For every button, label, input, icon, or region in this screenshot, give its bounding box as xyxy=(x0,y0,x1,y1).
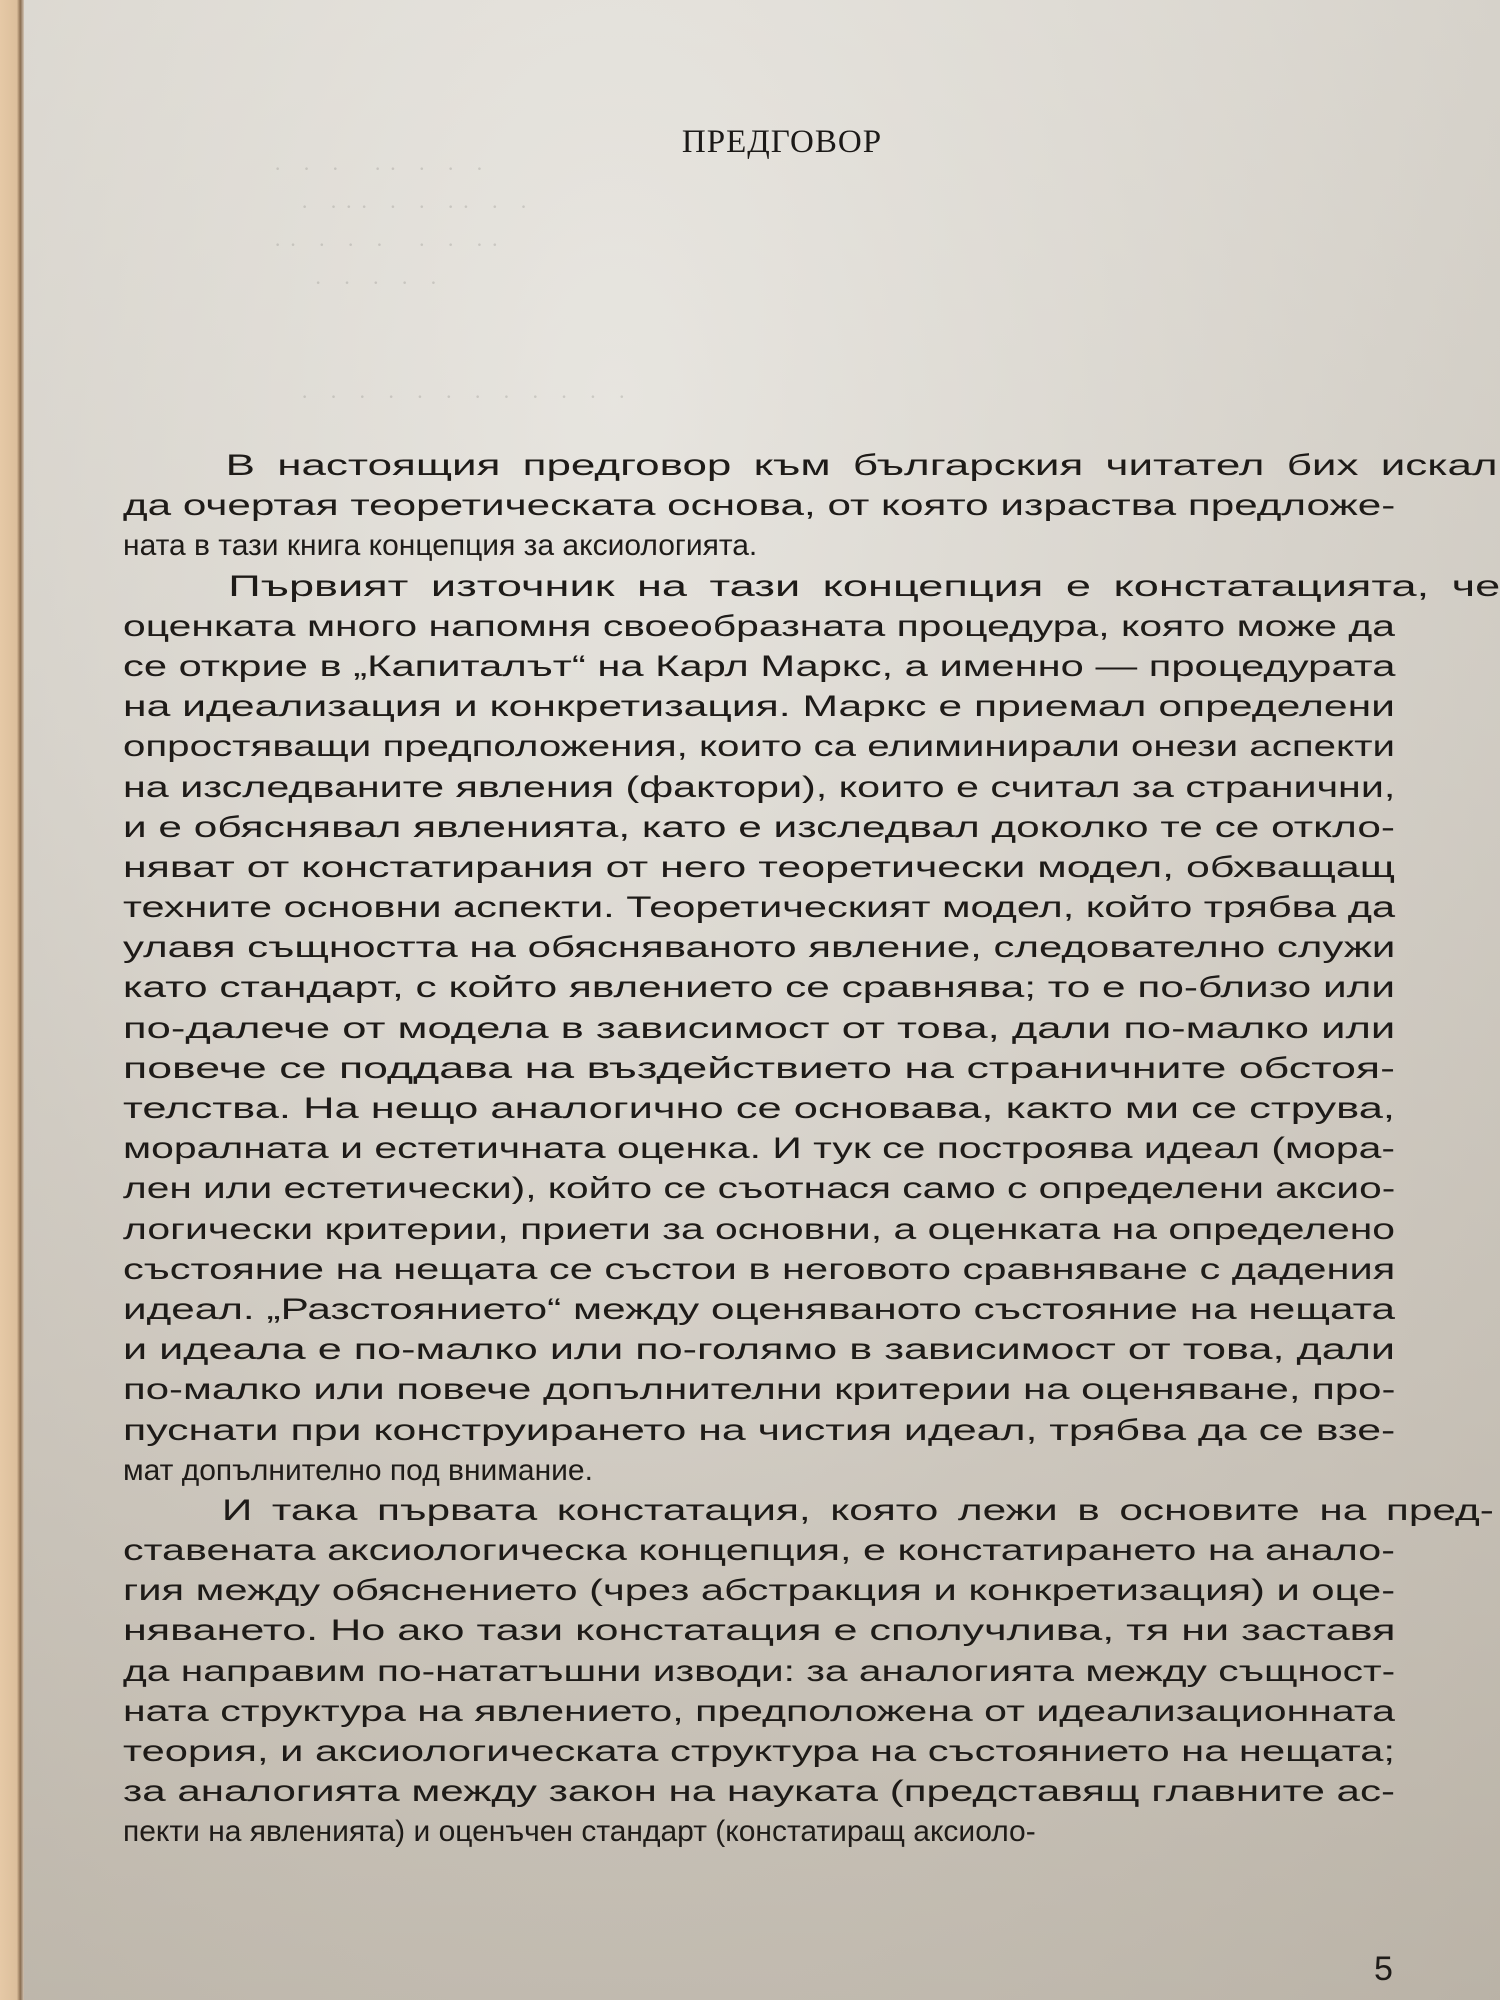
text-line: повече се поддава на въздействието на ст… xyxy=(123,1049,1395,1089)
text-line: логически критерии, приети за основни, а… xyxy=(123,1210,1395,1250)
page-number: 5 xyxy=(1374,1950,1393,1989)
text-line: и е обяснявал явленията, като е изследва… xyxy=(123,808,1395,848)
book-gutter xyxy=(0,0,24,2000)
text-line: състояние на нещата се състои в неговото… xyxy=(123,1250,1395,1290)
text-line: и идеала е по-малко или по-голямо в зави… xyxy=(123,1330,1395,1370)
text-line: като стандарт, с който явлението се срав… xyxy=(123,968,1395,1008)
text-line: В настоящия предговор към българския чит… xyxy=(123,446,1498,486)
text-line: по-далече от модела в зависимост от това… xyxy=(123,1009,1395,1049)
text-line: няването. Но ако тази констатация е спол… xyxy=(123,1611,1395,1651)
text-line: за аналогията между закон на науката (пр… xyxy=(123,1772,1395,1812)
text-line: техните основни аспекти. Теоретическият … xyxy=(123,888,1395,928)
text-line: гия между обяснението (чрез абстракция и… xyxy=(123,1571,1395,1611)
body-text: В настоящия предговор към българския чит… xyxy=(123,446,1395,1853)
text-line: улавя същността на обясняваното явление,… xyxy=(123,928,1395,968)
text-line: опростяващи предположения, които са елим… xyxy=(123,727,1395,767)
text-line: ната структура на явлението, предположен… xyxy=(123,1692,1395,1732)
text-line: да направим по-нататъшни изводи: за анал… xyxy=(123,1652,1395,1692)
text-line: на изследваните явления (фактори), които… xyxy=(123,768,1395,808)
text-line: да очертая теоретическата основа, от коя… xyxy=(123,486,1395,526)
book-page: · · · ·· · · · · ··· · · ·· · ··· · · · … xyxy=(24,0,1500,2000)
page-title: ПРЕДГОВОР xyxy=(24,124,1500,161)
text-line: ната в тази книга концепция за аксиологи… xyxy=(123,526,1395,566)
paragraph: В настоящия предговор към българския чит… xyxy=(123,446,1395,567)
text-line: на идеализация и конкретизация. Маркс е … xyxy=(123,687,1395,727)
text-line: се открие в „Капиталът“ на Карл Маркс, а… xyxy=(123,647,1395,687)
bleed-through-text: · · · ·· · · · · ··· · · ·· · ··· · · · … xyxy=(274,150,974,450)
paragraph: И така първата констатация, която лежи в… xyxy=(123,1491,1395,1853)
text-line: моралната и естетичната оценка. И тук се… xyxy=(123,1129,1395,1169)
text-line: идеал. „Разстоянието“ между оценяваното … xyxy=(123,1290,1395,1330)
text-line: мат допълнително под внимание. xyxy=(123,1451,1395,1491)
text-line: няват от констатирания от него теоретиче… xyxy=(123,848,1395,888)
paragraph: Първият източник на тази концепция е кон… xyxy=(123,567,1395,1491)
text-line: Първият източник на тази концепция е кон… xyxy=(123,567,1500,607)
text-line: лен или естетически), който се съотнася … xyxy=(123,1169,1395,1209)
text-line: по-малко или повече допълнителни критери… xyxy=(123,1370,1395,1410)
text-line: телства. На нещо аналогично се основава,… xyxy=(123,1089,1395,1129)
text-line: оценката много напомня своеобразната про… xyxy=(123,607,1395,647)
text-line: И така първата констатация, която лежи в… xyxy=(123,1491,1494,1531)
text-line: ставената аксиологическа концепция, е ко… xyxy=(123,1531,1395,1571)
text-line: теория, и аксиологическата структура на … xyxy=(123,1732,1395,1772)
text-line: пекти на явленията) и оценъчен стандарт … xyxy=(123,1812,1395,1852)
text-line: пуснати при конструирането на чистия иде… xyxy=(123,1411,1395,1451)
